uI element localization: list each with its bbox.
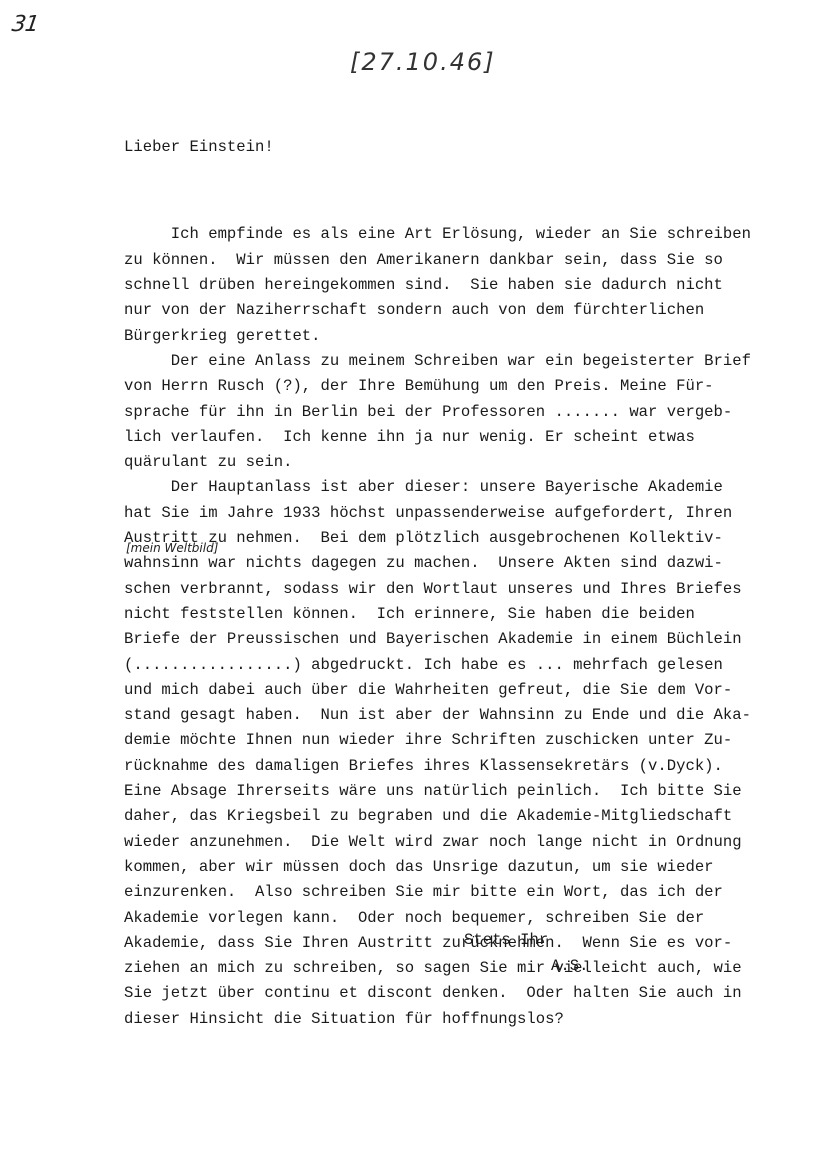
text-line: demie möchte Ihnen nun wieder ihre Schri… — [124, 728, 804, 753]
text-line: Sie jetzt über continu et discont denken… — [124, 981, 804, 1006]
text-line: einzurenken. Also schreiben Sie mir bitt… — [124, 880, 804, 905]
page-number: 31 — [10, 12, 40, 37]
text-line: wieder anzunehmen. Die Welt wird zwar no… — [124, 830, 804, 855]
signature: A.S. — [551, 957, 588, 975]
text-line: Austritt zu nehmen. Bei dem plötzlich au… — [124, 526, 804, 551]
text-line: (.................) abgedruckt. Ich habe… — [124, 653, 804, 678]
salutation: Lieber Einstein! — [124, 135, 804, 160]
text-line: Der eine Anlass zu meinem Schreiben war … — [124, 349, 804, 374]
text-line: kommen, aber wir müssen doch das Unsrige… — [124, 855, 804, 880]
text-line: schen verbrannt, sodass wir den Wortlaut… — [124, 577, 804, 602]
letter-paragraphs: Ich empfinde es als eine Art Erlösung, w… — [124, 222, 804, 1032]
text-line: rücknahme des damaligen Briefes ihres Kl… — [124, 754, 804, 779]
text-line: nicht feststellen können. Ich erinnere, … — [124, 602, 804, 627]
letter-body: Lieber Einstein! Ich empfinde es als ein… — [124, 84, 804, 1057]
text-line: schnell drüben hereingekommen sind. Sie … — [124, 273, 804, 298]
closing: Stets Ihr — [464, 931, 548, 949]
text-line: Ich empfinde es als eine Art Erlösung, w… — [124, 222, 804, 247]
text-line: Bürgerkrieg gerettet. — [124, 324, 804, 349]
text-line: und mich dabei auch über die Wahrheiten … — [124, 678, 804, 703]
text-line: von Herrn Rusch (?), der Ihre Bemühung u… — [124, 374, 804, 399]
text-line: Der Hauptanlass ist aber dieser: unsere … — [124, 475, 804, 500]
text-line: Eine Absage Ihrerseits wäre uns natürlic… — [124, 779, 804, 804]
text-line: nur von der Naziherrschaft sondern auch … — [124, 298, 804, 323]
text-line: stand gesagt haben. Nun ist aber der Wah… — [124, 703, 804, 728]
text-line: hat Sie im Jahre 1933 höchst unpassender… — [124, 501, 804, 526]
text-line: daher, das Kriegsbeil zu begraben und di… — [124, 804, 804, 829]
text-line: quärulant zu sein. — [124, 450, 804, 475]
text-line: lich verlaufen. Ich kenne ihn ja nur wen… — [124, 425, 804, 450]
text-line: zu können. Wir müssen den Amerikanern da… — [124, 248, 804, 273]
text-line: Briefe der Preussischen und Bayerischen … — [124, 627, 804, 652]
text-line: Akademie vorlegen kann. Oder noch bequem… — [124, 906, 804, 931]
handwritten-insert: [mein Weltbild] — [126, 541, 218, 555]
text-line: dieser Hinsicht die Situation für hoffnu… — [124, 1007, 804, 1032]
text-line: ziehen an mich zu schreiben, so sagen Si… — [124, 956, 804, 981]
text-line: wahnsinn war nichts dagegen zu machen. U… — [124, 551, 804, 576]
handwritten-date: [27.10.46] — [350, 48, 496, 76]
text-line: sprache für ihn in Berlin bei der Profes… — [124, 400, 804, 425]
